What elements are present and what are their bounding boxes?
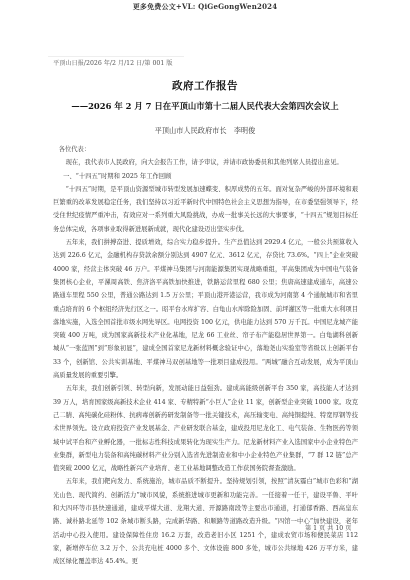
divider [48,56,184,57]
paragraph: 五年来，我们靶向发力、系统施治，城市品质不断提升。坚持规划引领，按照“清灰霾白”… [53,475,358,568]
paragraph: 五年来，我们拼搏奋进、提质增效，综合实力稳步提升。生产总值达到 2929.4 亿… [53,236,358,382]
page-number: 第 1 页 共 10 页 [305,523,351,532]
document-author: 平顶山市人民政府市长 李明俊 [0,126,410,136]
document-title: 政府工作报告 [0,78,410,93]
document-subtitle: ——2026 年 2 月 7 日在平顶山市第十二届人民代表大会第四次会议上 [0,100,410,112]
source-line: 平顶山日报/2026 年/2 月/12 日/第 001 版 [53,58,172,67]
section-heading: 一、“十四五”时期和 2025 年工作回顾 [53,170,358,183]
document-body: 各位代表： 现在，我代表市人民政府，向大会报告工作，请予审议，并请市政协委员和其… [53,143,358,569]
paragraph: 现在，我代表市人民政府，向大会报告工作，请予审议，并请市政协委员和其他列席人员提… [53,156,358,169]
salutation: 各位代表： [53,143,358,156]
paragraph: 五年来，我们创新引领、转型向新，发展动能日益强劲。建成高能级创新平台 350 家… [53,382,358,475]
paragraph: “十四五”时期，是平顶山资源型城市转型发展加速蝶变、积厚成势的五年。面对复杂严峻… [53,183,358,236]
watermark-text: 更多免费公文+VL: QiGeGongWen2024 [0,2,410,12]
